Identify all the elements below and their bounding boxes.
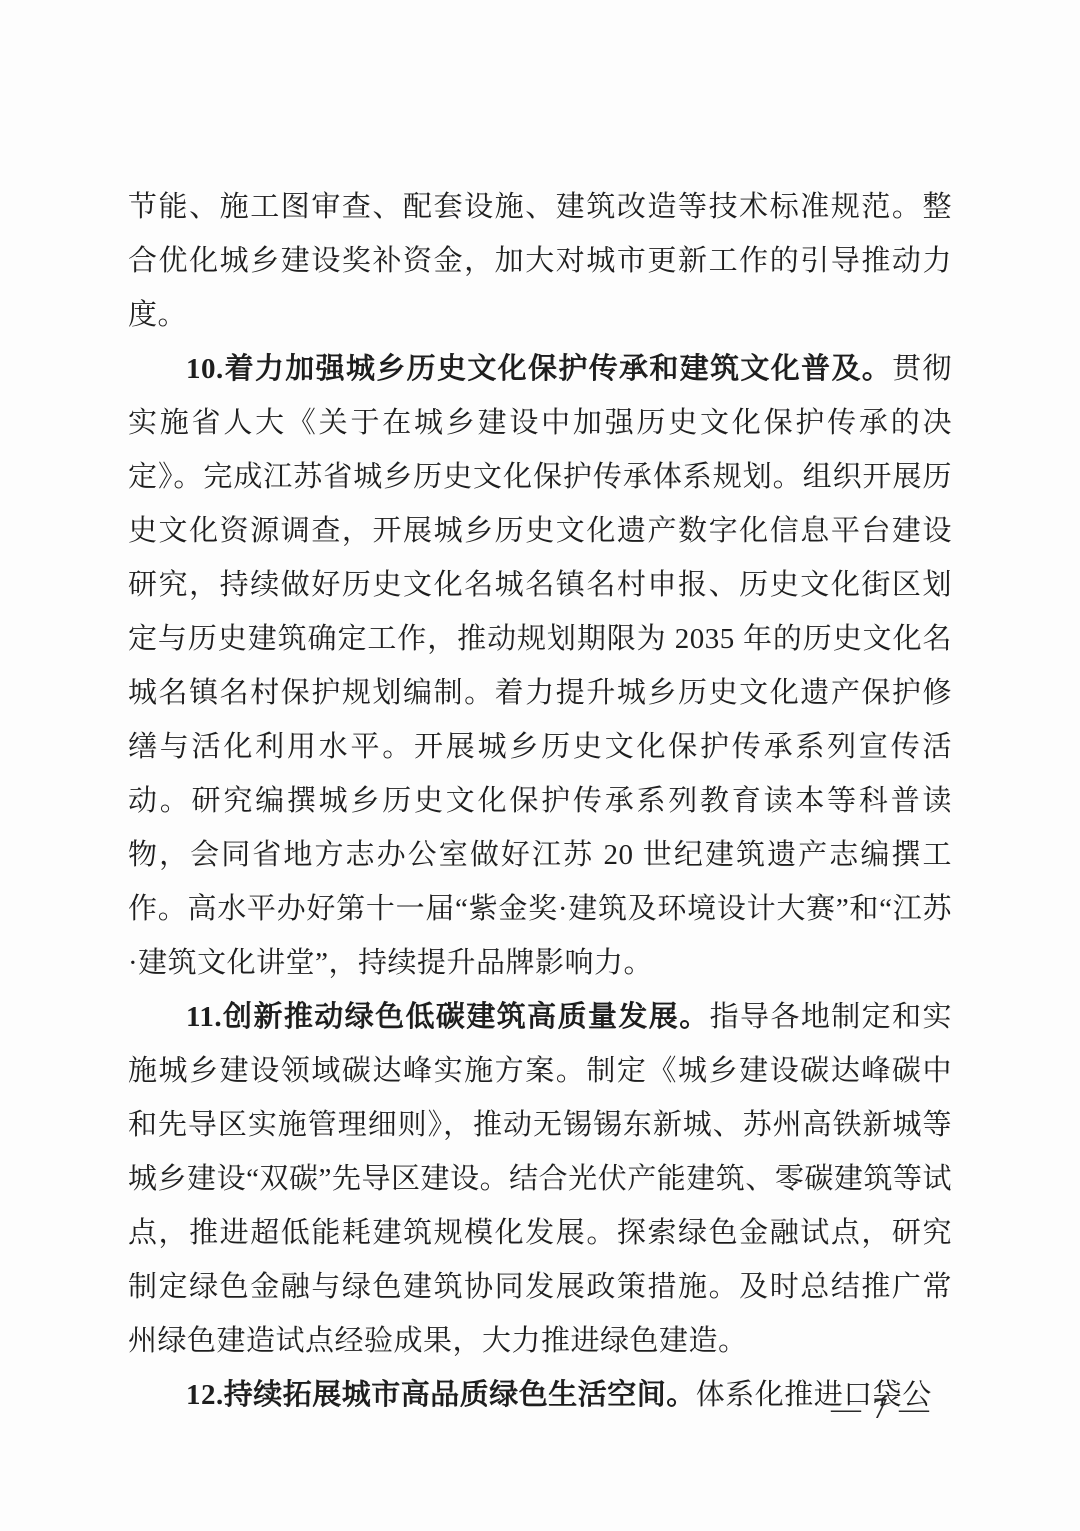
paragraph-text-run: 贯彻实施省人大《关于在城乡建设中加强历史文化保护传承的决定》。完成江苏省城乡历史… <box>128 353 952 979</box>
paragraph: 11.创新推动绿色低碳建筑高质量发展。指导各地制定和实施城乡建设领域碳达峰实施方… <box>128 990 952 1368</box>
paragraph-text-run: 指导各地制定和实施城乡建设领域碳达峰实施方案。制定《城乡建设碳达峰碳中和先导区实… <box>128 1001 952 1357</box>
page-footer: — 7 — <box>831 1392 931 1426</box>
paragraph: 节能、施工图审查、配套设施、建筑改造等技术标准规范。整合优化城乡建设奖补资金，加… <box>128 180 952 342</box>
paragraph-heading-run: 12.持续拓展城市高品质绿色生活空间。 <box>186 1379 696 1411</box>
paragraph-text-run: 节能、施工图审查、配套设施、建筑改造等技术标准规范。整合优化城乡建设奖补资金，加… <box>128 191 952 331</box>
paragraph: 12.持续拓展城市高品质绿色生活空间。体系化推进口袋公 <box>128 1368 952 1422</box>
paragraph-heading-run: 11.创新推动绿色低碳建筑高质量发展。 <box>186 1001 710 1033</box>
document-page: 节能、施工图审查、配套设施、建筑改造等技术标准规范。整合优化城乡建设奖补资金，加… <box>0 0 1080 1531</box>
document-content: 节能、施工图审查、配套设施、建筑改造等技术标准规范。整合优化城乡建设奖补资金，加… <box>128 180 952 1422</box>
paragraph-heading-run: 10.着力加强城乡历史文化保护传承和建筑文化普及。 <box>186 353 892 385</box>
paragraph: 10.着力加强城乡历史文化保护传承和建筑文化普及。贯彻实施省人大《关于在城乡建设… <box>128 342 952 990</box>
page-number: — 7 — <box>831 1392 931 1425</box>
